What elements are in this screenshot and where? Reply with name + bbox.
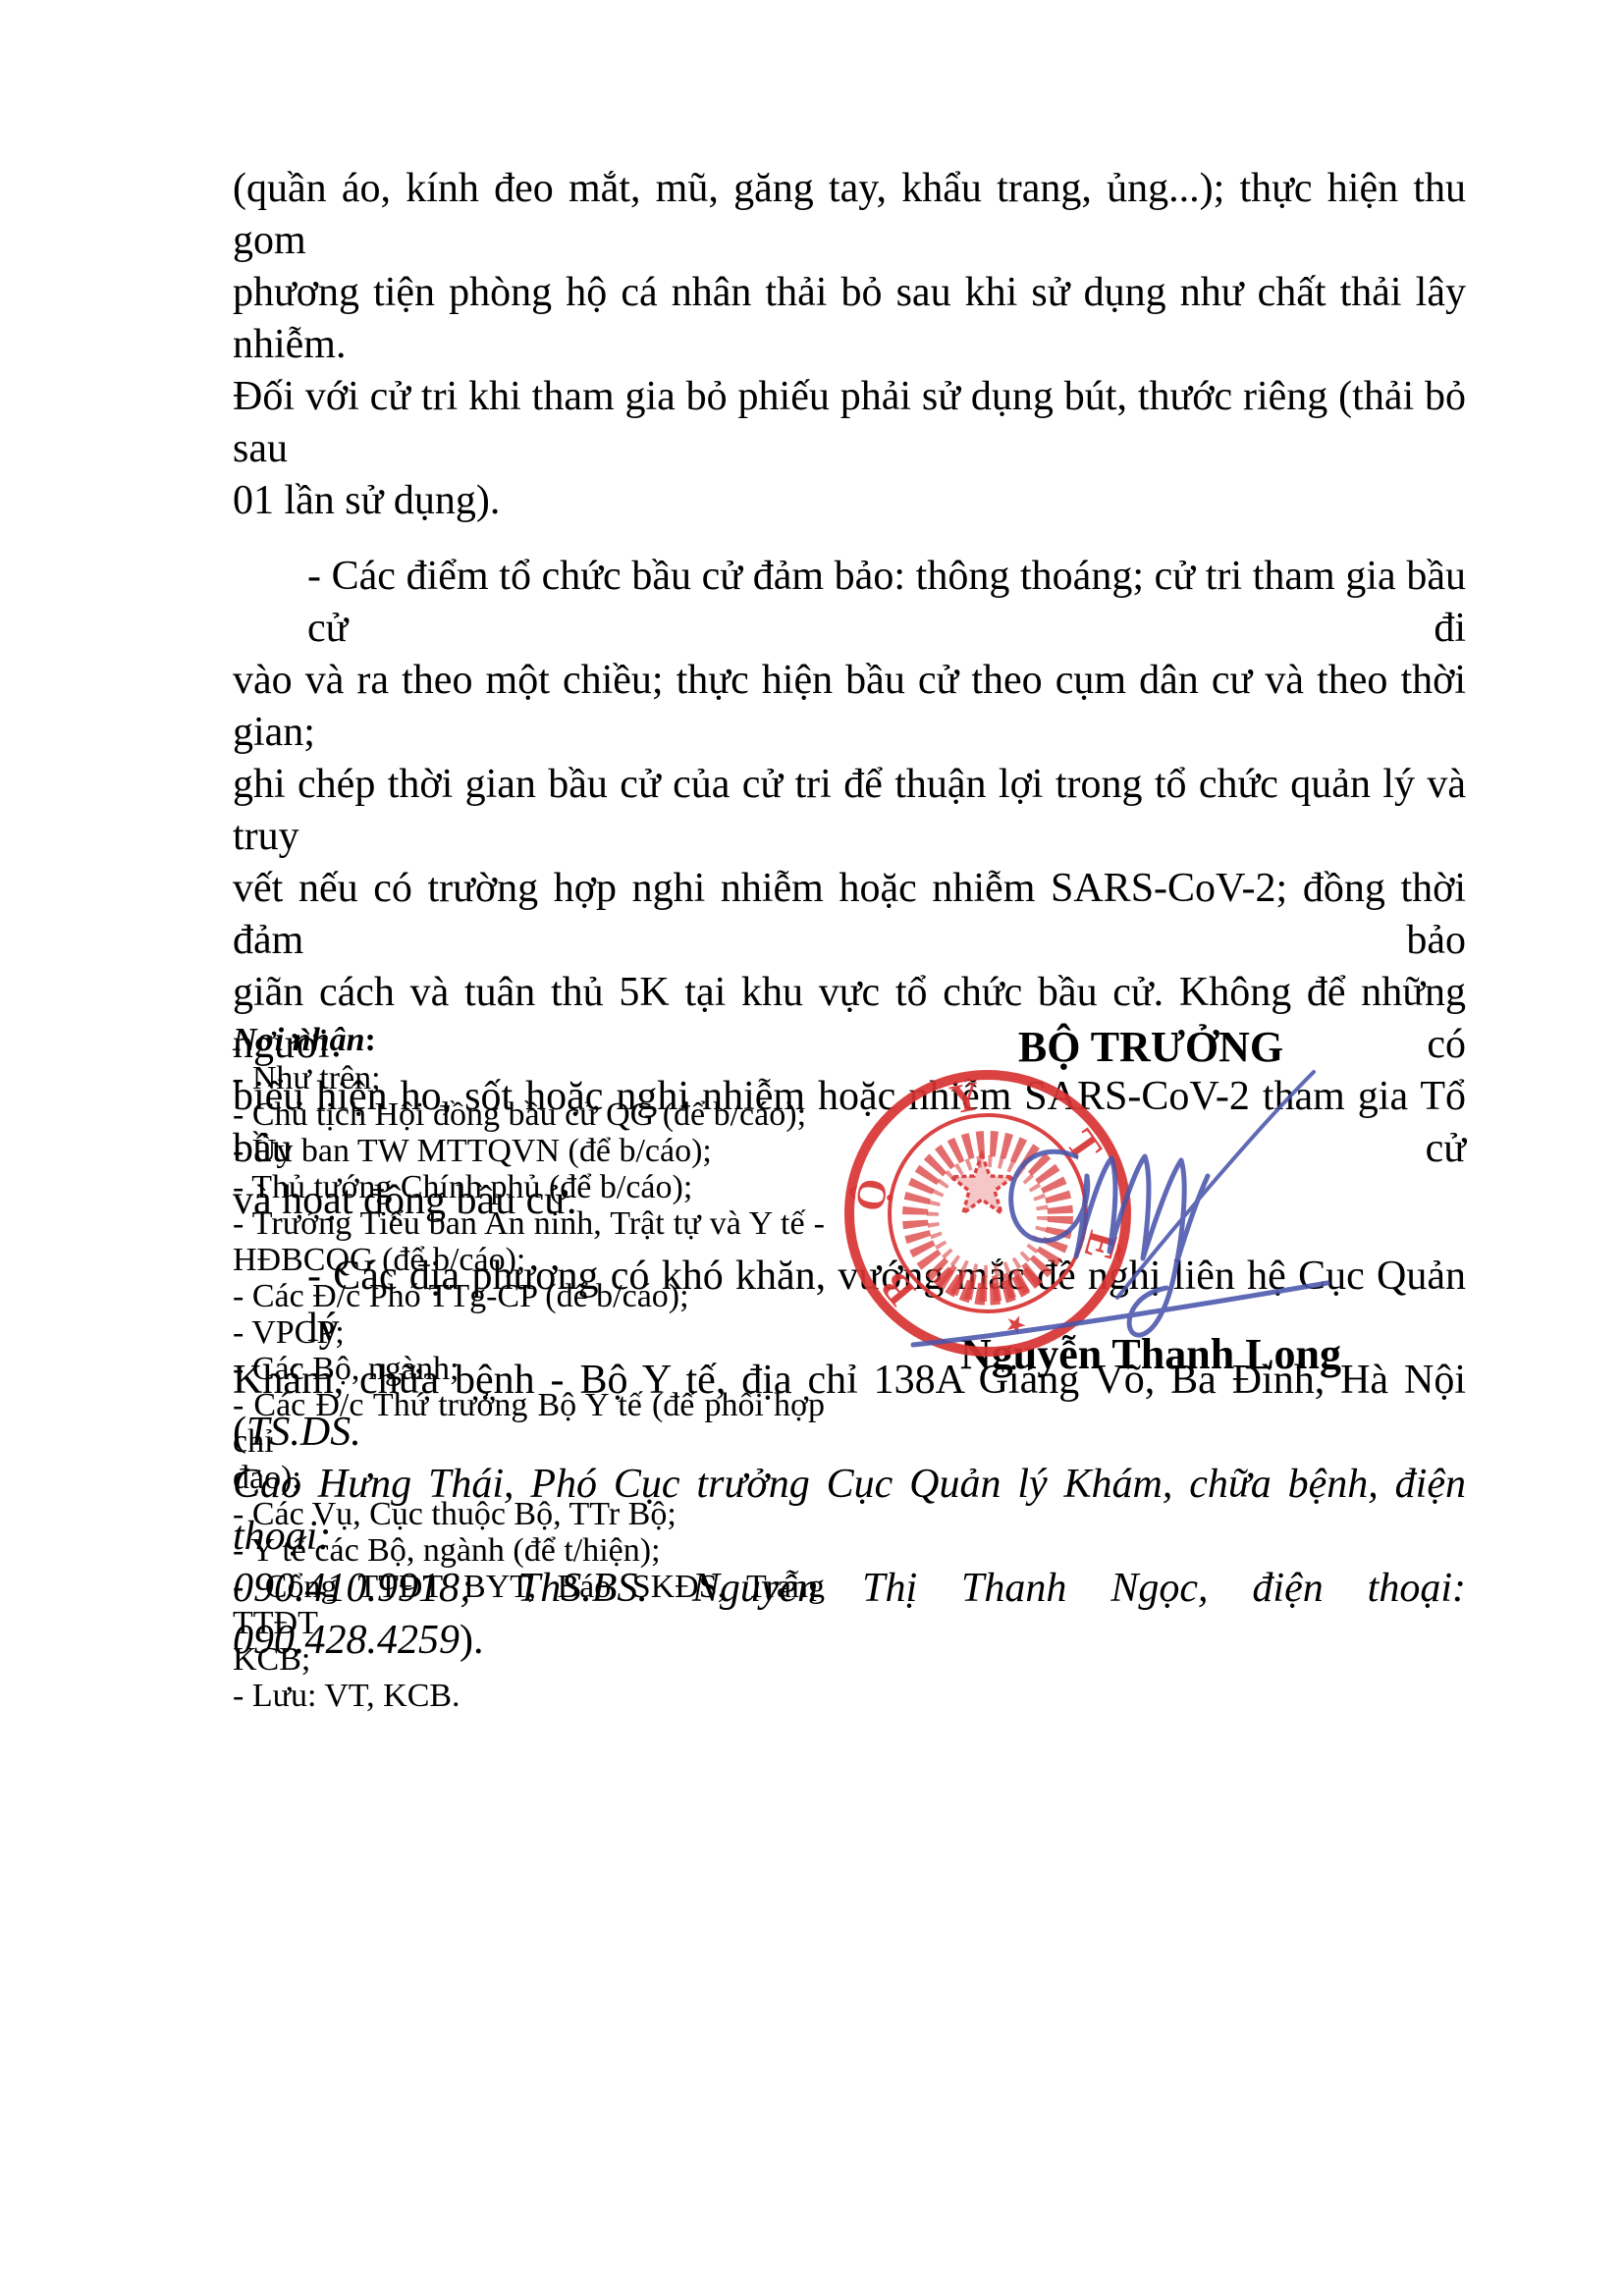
text-line: ghi chép thời gian bầu cử của cử tri để … [233,759,1466,863]
recipients-label: Nơi nhận [233,1022,364,1058]
recipient-item: - Y tế các Bộ, ngành (để t/hiện); [233,1532,825,1569]
recipients-colon: : [364,1022,375,1058]
signature-ink-icon [884,1050,1453,1414]
text-line: vết nếu có trường hợp nghi nhiễm hoặc nh… [233,863,1466,967]
text-line: vào và ra theo một chiều; thực hiện bầu … [233,655,1466,759]
recipient-item: - Chủ tịch Hội đồng bầu cử QG (để b/cáo)… [233,1096,825,1133]
recipient-item: - Các Đ/c Thứ trưởng Bộ Y tế (để phối hợ… [233,1387,825,1460]
recipient-item: - Thủ tướng Chính phủ (để b/cáo); [233,1169,825,1205]
recipient-item: KCB; [233,1641,825,1678]
text-line: Đối với cử tri khi tham gia bỏ phiếu phả… [233,371,1466,475]
recipient-item: - Cổng TTĐT BYT, Báo SKĐS, Trang TTĐT [233,1569,825,1641]
recipient-item: đạo); [233,1460,825,1496]
text-line: 01 lần sử dụng). [233,475,1466,527]
recipients-heading: Nơi nhận: [233,1021,825,1060]
recipient-item: - Ủy ban TW MTTQVN (để b/cáo); [233,1133,825,1169]
text-line: - Các điểm tổ chức bầu cử đảm bảo: thông… [233,551,1466,655]
recipient-item: - Các Đ/c Phó TTg-CP (để b/cáo); [233,1278,825,1314]
recipients-block: Nơi nhận: - Như trên; - Chủ tịch Hội đồn… [233,1021,825,1714]
text-line: (quần áo, kính đeo mắt, mũ, găng tay, kh… [233,163,1466,267]
recipient-item: HĐBCQG (để b/cáo); [233,1242,825,1278]
paragraph-1: (quần áo, kính đeo mắt, mũ, găng tay, kh… [233,163,1466,527]
document-page: (quần áo, kính đeo mắt, mũ, găng tay, kh… [0,0,1624,2296]
recipient-item: - Như trên; [233,1060,825,1096]
recipient-item: - Các Vụ, Cục thuộc Bộ, TTr Bộ; [233,1496,825,1532]
recipient-item: - Trưởng Tiểu ban An ninh, Trật tự và Y … [233,1205,825,1242]
recipient-item: - Lưu: VT, KCB. [233,1678,825,1714]
recipient-item: - Các Bộ, ngành; [233,1351,825,1387]
recipient-item: - VPCP; [233,1314,825,1351]
text-line: phương tiện phòng hộ cá nhân thải bỏ sau… [233,267,1466,371]
